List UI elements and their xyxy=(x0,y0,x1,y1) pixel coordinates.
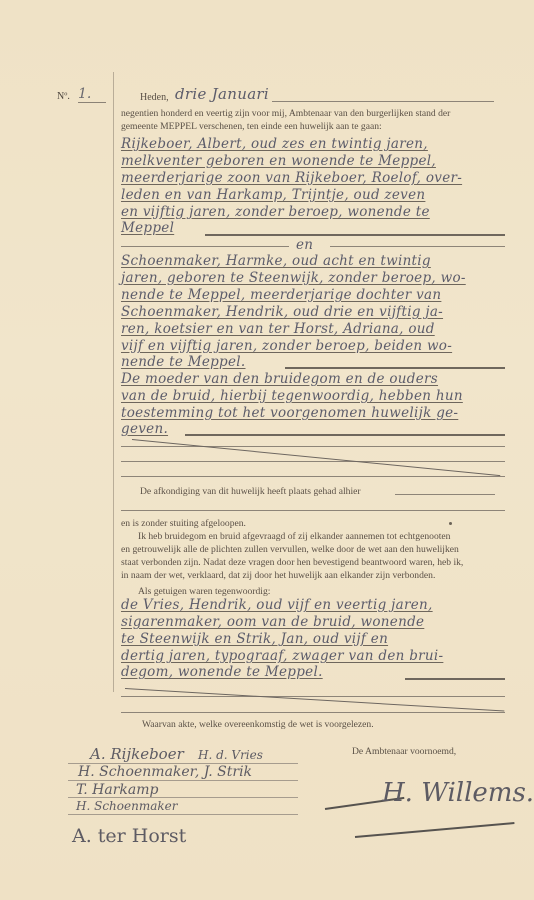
signature-rule xyxy=(68,780,298,781)
blank-rule xyxy=(121,476,505,477)
official-signature-underline xyxy=(355,822,515,838)
witness-line: sigarenmaker, oom van de bruid, wonende xyxy=(121,614,424,630)
bride-line: jaren, geboren te Steenwijk, zonder bero… xyxy=(121,270,466,286)
blank-rule xyxy=(121,446,505,447)
witness-line: dertig jaren, typograaf, zwager van den … xyxy=(121,648,443,664)
date-rule xyxy=(272,101,494,102)
witness-end-rule xyxy=(405,678,505,680)
signature-rule xyxy=(68,814,298,815)
signature-bride-witness: H. Schoenmaker, J. Strik xyxy=(78,764,252,780)
bride-line: Schoenmaker, Harmke, oud acht en twintig xyxy=(121,253,431,269)
closing-text: Waarvan akte, welke overeenkomstig de we… xyxy=(142,718,374,731)
groom-end-rule xyxy=(205,234,505,236)
groom-line: Meppel xyxy=(121,220,174,236)
heden-label: Heden, xyxy=(140,91,169,104)
groom-line: leden en van Harkamp, Trijntje, oud zeve… xyxy=(121,187,425,203)
consent-line: De moeder van den bruidegom en de ouders xyxy=(121,371,438,387)
margin-divider xyxy=(113,72,114,692)
signature-mother-bride: A. ter Horst xyxy=(72,825,186,847)
consent-line: van de bruid, hierbij tegenwoordig, hebb… xyxy=(121,388,463,404)
certificate-page: Nº. 1. Heden, drie Januari negentien hon… xyxy=(0,0,534,900)
bride-line: Schoenmaker, Hendrik, oud drie en vijfti… xyxy=(121,304,443,320)
consent-end-rule xyxy=(185,434,505,436)
ink-dot xyxy=(449,522,452,525)
witness-line: degom, wonende te Meppel. xyxy=(121,664,323,680)
blank-rule xyxy=(121,712,505,713)
ceremony-line: Ik heb bruidegom en bruid afgevraagd of … xyxy=(138,530,450,543)
blank-rule xyxy=(121,696,505,697)
en-rule-right xyxy=(330,246,505,247)
and-label: en xyxy=(296,237,313,253)
bride-line: nende te Meppel. xyxy=(121,354,246,370)
number-label: Nº. xyxy=(57,91,70,102)
witness-line: te Steenwijk en Strik, Jan, oud vijf en xyxy=(121,631,388,647)
proclamation-rule xyxy=(395,494,495,495)
groom-line: meerderjarige zoon van Rijkeboer, Roelof… xyxy=(121,170,462,186)
groom-line: en vijftig jaren, zonder beroep, wonende… xyxy=(121,204,430,220)
blank-rule xyxy=(121,461,505,462)
consent-line: geven. xyxy=(121,421,168,437)
ceremony-line: staat verbonden zijn. Nadat deze vragen … xyxy=(121,556,463,569)
proclamation-rule-2 xyxy=(121,510,505,511)
official-signature: H. Willems. xyxy=(382,778,534,808)
bride-end-rule xyxy=(285,367,505,369)
ceremony-line: in naam der wet, verklaard, dat zij door… xyxy=(121,569,435,582)
consent-line: toestemming tot het voorgenomen huwelijk… xyxy=(121,405,458,421)
proclamation-text: De afkondiging van dit huwelijk heeft pl… xyxy=(140,485,361,498)
certificate-number: 1. xyxy=(78,86,106,103)
signature-mother: T. Harkamp xyxy=(76,782,159,798)
strike-through-line xyxy=(132,439,500,476)
signature-father: H. Schoenmaker xyxy=(76,799,177,813)
date-handwritten: drie Januari xyxy=(175,85,269,103)
bride-line: nende te Meppel, meerderjarige dochter v… xyxy=(121,287,441,303)
bride-line: vijf en vijftig jaren, zonder beroep, be… xyxy=(121,338,452,354)
groom-line: Rijkeboer, Albert, oud zes en twintig ja… xyxy=(121,136,428,152)
intro-line-2: gemeente MEPPEL verschenen, ten einde ee… xyxy=(121,120,382,133)
no-objection-text: en is zonder stuiting afgeloopen. xyxy=(121,517,246,530)
bride-line: ren, koetsier en van ter Horst, Adriana,… xyxy=(121,321,435,337)
intro-line-1: negentien honderd en veertig zijn voor m… xyxy=(121,107,450,120)
signature-witness: H. d. Vries xyxy=(198,748,263,762)
signature-groom: A. Rijkeboer xyxy=(90,745,184,763)
official-label: De Ambtenaar voornoemd, xyxy=(352,745,456,758)
witness-line: de Vries, Hendrik, oud vijf en veertig j… xyxy=(121,597,433,613)
ceremony-line: en getrouwelijk alle de plichten zullen … xyxy=(121,543,459,556)
en-rule-left xyxy=(121,246,289,247)
groom-line: melkventer geboren en wonende te Meppel, xyxy=(121,153,436,169)
strike-through-line xyxy=(125,688,504,712)
